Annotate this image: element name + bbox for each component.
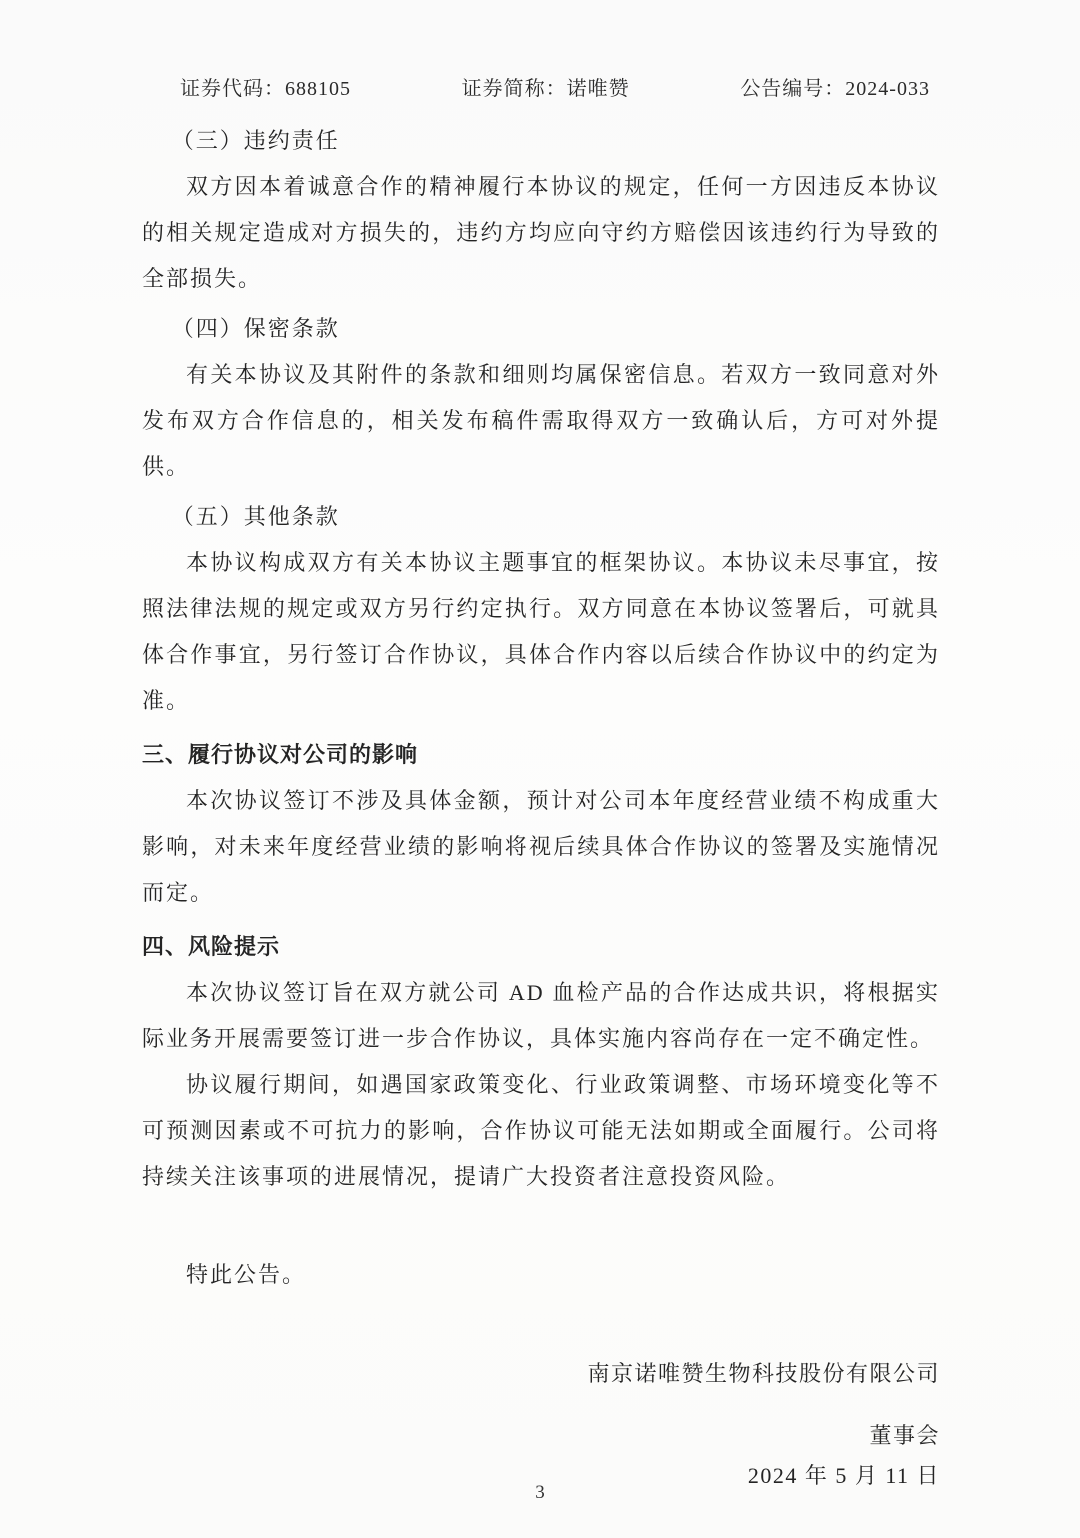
heading-risk-notice: 四、风险提示 (142, 924, 940, 970)
subheading-confidentiality: （四）保密条款 (142, 306, 940, 352)
subheading-breach-liability: （三）违约责任 (142, 118, 940, 164)
signature-block: 南京诺唯赞生物科技股份有限公司 董事会 2024 年 5 月 11 日 (142, 1354, 940, 1496)
paragraph-confidentiality: 有关本协议及其附件的条款和细则均属保密信息。若双方一致同意对外发布双方合作信息的… (142, 352, 940, 490)
announcement-page: 证券代码：688105 证券简称：诺唯赞 公告编号：2024-033 （三）违约… (0, 0, 1080, 1538)
stock-code-label: 证券代码：688105 (180, 72, 351, 101)
closing-statement: 特此公告。 (142, 1252, 940, 1298)
paragraph-risk-2: 协议履行期间，如遇国家政策变化、行业政策调整、市场环境变化等不可预测因素或不可抗… (142, 1062, 940, 1200)
announcement-number-label: 公告编号：2024-033 (740, 72, 930, 101)
subheading-other-terms: （五）其他条款 (142, 494, 940, 540)
board-of-directors: 董事会 (142, 1416, 940, 1456)
paragraph-risk-1: 本次协议签订旨在双方就公司 AD 血检产品的合作达成共识，将根据实际业务开展需要… (142, 970, 940, 1062)
page-number: 3 (535, 1482, 545, 1503)
heading-impact-on-company: 三、履行协议对公司的影响 (142, 732, 940, 778)
paragraph-breach-liability: 双方因本着诚意合作的精神履行本协议的规定，任何一方因违反本协议的相关规定造成对方… (142, 164, 940, 302)
document-footer: 3 (0, 1482, 1080, 1504)
stock-abbr-label: 证券简称：诺唯赞 (462, 72, 630, 101)
document-body: （三）违约责任 双方因本着诚意合作的精神履行本协议的规定，任何一方因违反本协议的… (142, 114, 940, 1496)
document-header: 证券代码：688105 证券简称：诺唯赞 公告编号：2024-033 (180, 72, 930, 101)
company-name: 南京诺唯赞生物科技股份有限公司 (142, 1354, 940, 1394)
paragraph-other-terms: 本协议构成双方有关本协议主题事宜的框架协议。本协议未尽事宜，按照法律法规的规定或… (142, 540, 940, 724)
paragraph-impact: 本次协议签订不涉及具体金额，预计对公司本年度经营业绩不构成重大影响，对未来年度经… (142, 778, 940, 916)
